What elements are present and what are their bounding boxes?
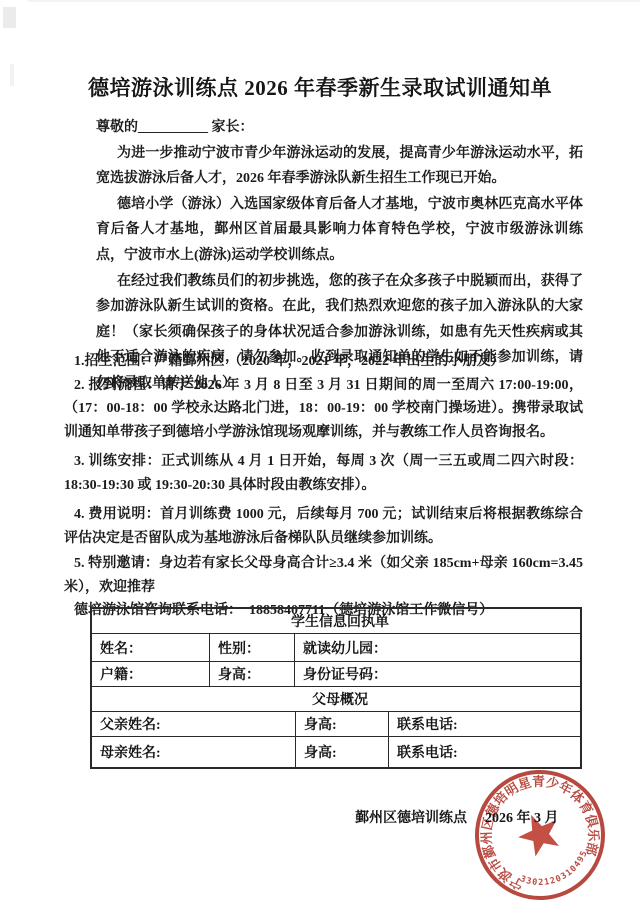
form-cell-father-height: 身高:	[296, 712, 389, 736]
form-cell-name: 姓名：	[92, 634, 210, 661]
form-cell-kindergarten: 就读幼儿园：	[295, 634, 580, 661]
form-cell-id-number: 身份证号码：	[295, 662, 580, 686]
reply-form-table: 学生信息回执单 姓名： 性别： 就读幼儿园： 户籍： 身高： 身份证号码： 父母…	[90, 607, 582, 769]
signature-date: 2026 年 3 月	[485, 811, 559, 826]
item-special-invitation: 5. 特别邀请：身边若有家长父母身高合计≥3.4 米（如父亲 185cm+母亲 …	[64, 552, 583, 599]
form-cell-mother-height: 身高:	[296, 737, 389, 767]
intro-paragraph: 为进一步推动宁波市青少年游泳运动的发展，提高青少年游泳运动水平，拓宽选拔游泳后备…	[96, 141, 583, 192]
seal-serial-number: 3302120310495	[516, 845, 597, 899]
form-cell-father-name: 父亲姓名:	[92, 712, 296, 736]
form-cell-height: 身高：	[210, 662, 295, 686]
official-seal: 宁波市鄞州区德培明星青少年体育俱乐部 3302120310495	[465, 761, 615, 911]
form-cell-household: 户籍：	[92, 662, 210, 686]
form-title: 学生信息回执单	[92, 609, 580, 633]
item-registration-process: 2. 报到流程：请于 2026 年 3 月 8 日至 3 月 31 日期间的周一…	[64, 374, 583, 445]
form-section-parents: 父母概况	[92, 687, 580, 711]
notice-items: 1.招生范围：户籍鄞州区 （2020 年，2021 年，2022 年出生的小朋友…	[64, 350, 583, 623]
form-cell-father-phone: 联系电话:	[389, 712, 580, 736]
item-enrollment-scope: 1.招生范围：户籍鄞州区 （2020 年，2021 年，2022 年出生的小朋友…	[64, 350, 583, 374]
signature-org: 鄞州区德培训练点	[355, 811, 467, 826]
scan-edge-artifact	[28, 0, 640, 2]
item-training-schedule: 3. 训练安排：正式训练从 4 月 1 日开始，每周 3 次（周一三五或周二四六…	[64, 450, 583, 497]
signature-line: 鄞州区德培训练点2026 年 3 月	[355, 807, 559, 827]
scan-corner-artifact	[3, 7, 16, 28]
form-cell-mother-name: 母亲姓名:	[92, 737, 296, 767]
scanned-notice-page: 德培游泳训练点 2026 年春季新生录取试训通知单 尊敬的__________ …	[0, 0, 640, 919]
school-honors-paragraph: 德培小学（游泳）入选国家级体育后备人才基地，宁波市奥林匹克高水平体育后备人才基地…	[96, 192, 583, 269]
item-fees: 4. 费用说明：首月训练费 1000 元，后续每月 700 元；试训结束后将根据…	[64, 503, 583, 550]
document-title: 德培游泳训练点 2026 年春季新生录取试训通知单	[0, 72, 640, 102]
greeting-line: 尊敬的__________ 家长：	[96, 115, 583, 141]
form-cell-gender: 性别：	[210, 634, 295, 661]
